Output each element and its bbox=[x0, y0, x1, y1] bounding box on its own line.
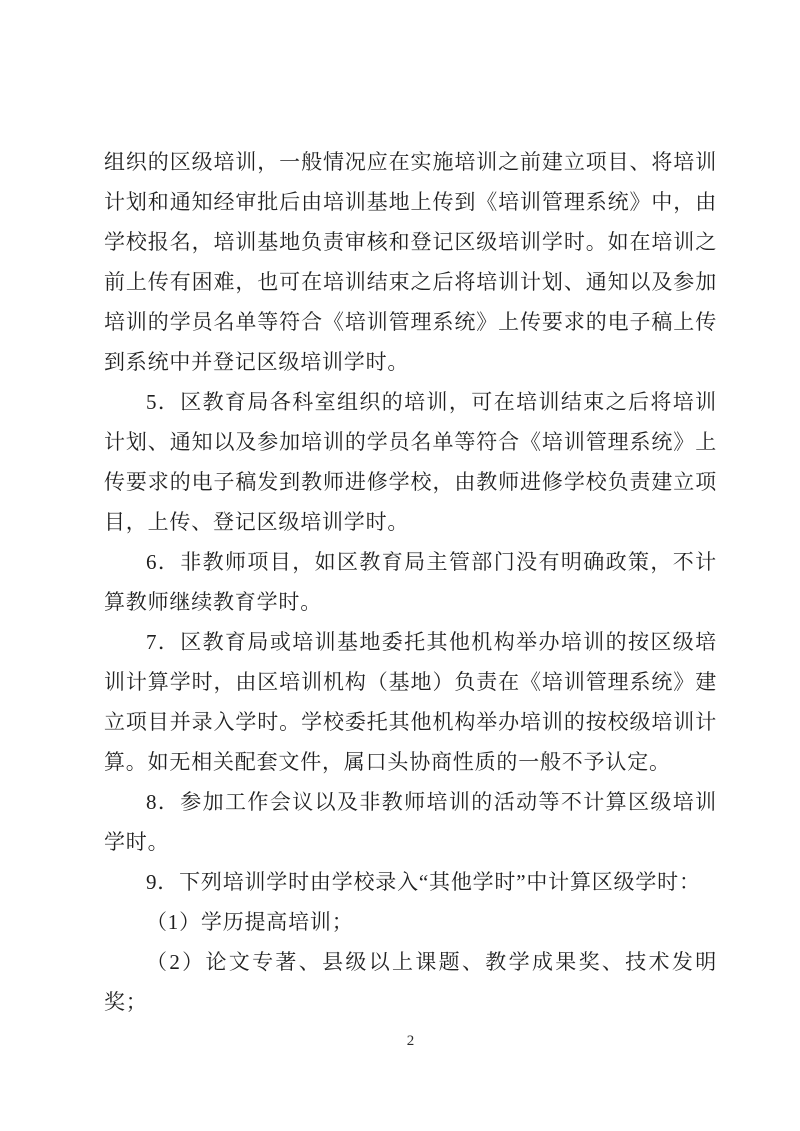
paragraph: 5．区教育局各科室组织的培训，可在培训结束之后将培训计划、通知以及参加培训的学员… bbox=[104, 382, 717, 542]
paragraph: （1）学历提高培训； bbox=[104, 902, 717, 942]
paragraph: 组织的区级培训，一般情况应在实施培训之前建立项目、将培训计划和通知经审批后由培训… bbox=[104, 142, 717, 382]
page-number: 2 bbox=[104, 1031, 717, 1051]
paragraph: 8．参加工作会议以及非教师培训的活动等不计算区级培训学时。 bbox=[104, 782, 717, 862]
paragraph: 6．非教师项目，如区教育局主管部门没有明确政策，不计算教师继续教育学时。 bbox=[104, 542, 717, 622]
paragraph: 9．下列培训学时由学校录入“其他学时”中计算区级学时： bbox=[104, 862, 717, 902]
document-page: 组织的区级培训，一般情况应在实施培训之前建立项目、将培训计划和通知经审批后由培训… bbox=[0, 0, 800, 1131]
paragraph: 7．区教育局或培训基地委托其他机构举办培训的按区级培训计算学时，由区培训机构（基… bbox=[104, 622, 717, 782]
paragraph: （2）论文专著、县级以上课题、教学成果奖、技术发明奖； bbox=[104, 942, 717, 1022]
document-body: 组织的区级培训，一般情况应在实施培训之前建立项目、将培训计划和通知经审批后由培训… bbox=[104, 142, 717, 1022]
